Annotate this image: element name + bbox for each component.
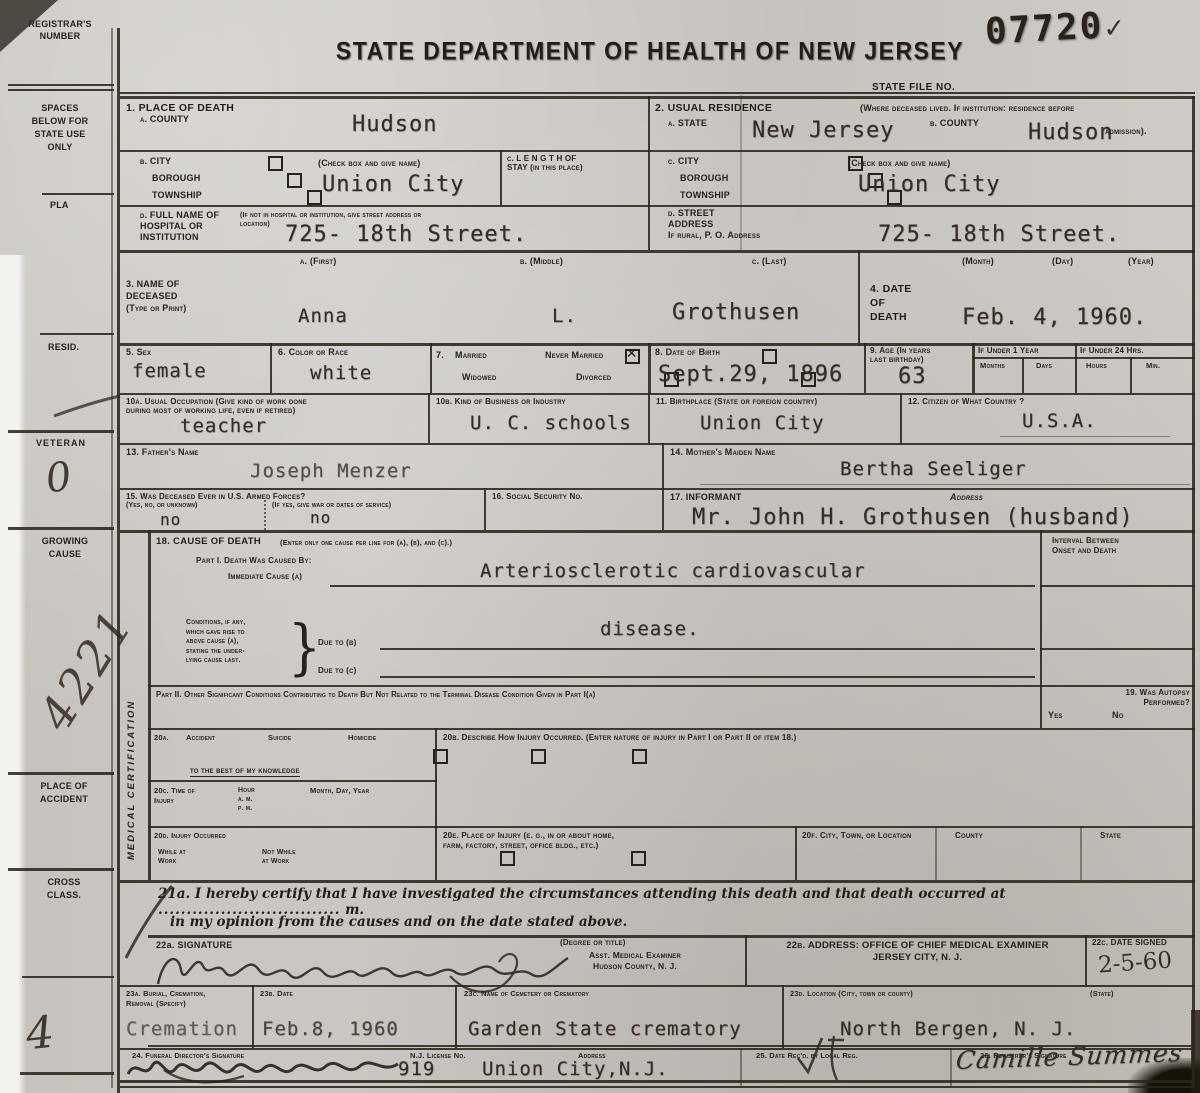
veteran-handwritten-value: 0 [43,453,75,502]
sex-label: 5. Sex [126,347,151,357]
sidebar-cross-class-label: CROSS CLASS. [34,876,94,902]
armed-forces-value1: no [160,510,181,529]
conditions-note: Conditions, if any, which gave rise to a… [186,618,245,666]
part1-label: Part I. Death Was Caused By: [196,556,312,565]
suicide-label: Suicide [268,733,291,742]
armed-forces-value2: no [310,508,331,527]
s20c-hour-label: Hour a. m. p. m. [238,786,255,813]
cause-b-value: disease. [600,618,700,640]
s20d-while-label: While at Work [158,848,186,866]
cause-a-value: Arteriosclerotic cardiovascular [480,560,866,582]
ssn-label: 16. Social Security No. [492,492,583,501]
crematory-name-value: Garden State crematory [468,1018,742,1040]
s20c-label: 20c. Time of Injury [154,786,195,806]
degree-or-title-note: (Degree or title) [560,938,626,947]
dob-label: 8. Date of Birth [655,347,720,357]
date-of-death-label: 4. DATE OF DEATH [870,282,912,324]
s1-township-checkbox[interactable] [307,190,322,205]
married-label: Married [455,350,487,360]
examiner-degree: Asst. Medical Examiner Hudson County, N.… [540,950,730,972]
not-while-at-work-checkbox[interactable] [631,851,646,866]
sidebar-resid-label: RESID. [48,342,79,352]
homicide-label: Homicide [348,733,376,742]
s1-borough-label: BOROUGH [152,173,200,183]
s20e-label: 20e. Place of Injury (e. g., in or about… [443,831,614,851]
s1-fullname-label: d. FULL NAME OF HOSPITAL OR INSTITUTION [140,210,219,243]
s1-address-value: 725- 18th Street. [285,222,527,247]
s1-length-of-stay-label: c. L E N G T H OF STAY (in this place) [507,154,637,172]
armed-forces-label: 15. Was Deceased Ever in U.S. Armed Forc… [126,492,305,501]
location-state-label: (State) [1090,989,1114,998]
mother-maiden-name-label: 14. Mother's Maiden Name [670,447,775,457]
accident-label: Accident [186,733,215,742]
certification-line2: in my opinion from the causes and on the… [170,914,627,930]
date-signed-label: 22c. DATE SIGNED [1092,938,1167,947]
s2-township-label: TOWNSHIP [680,190,730,200]
cause-of-death-label: 18. CAUSE OF DEATH [156,536,261,547]
informant-label: 17. INFORMANT [670,492,742,502]
date-signed-value: 2-5-60 [1097,947,1173,978]
mother-maiden-name-value: Bertha Seeliger [840,458,1027,480]
informant-address-label: Address [950,492,983,502]
s4-day-label: (Day) [1052,256,1073,266]
s1-township-label: TOWNSHIP [152,190,202,200]
occupation-label: 10a. Usual Occupation (Give kind of work… [126,397,307,415]
days-label: Days [1036,361,1052,370]
sidebar-spaces-label: SPACES BELOW FOR STATE USE ONLY [8,102,112,154]
s2-check-note: (Check box and give name) [848,158,951,168]
name-of-deceased-label: 3. NAME OF DECEASED (Type or Print) [126,278,187,314]
s2-state-value: New Jersey [752,118,894,143]
divorced-label: Divorced [576,372,611,382]
suicide-checkbox[interactable] [531,749,546,764]
place-of-death-county-value: Hudson [352,112,437,137]
autopsy-no-label: No [1112,710,1124,720]
s3-last-value: Grothusen [672,300,800,325]
death-certificate-scan: REGISTRAR'S NUMBER SPACES BELOW FOR STAT… [0,0,1200,1093]
s2-state-label: a. STATE [668,118,707,128]
birthplace-label: 11. Birthplace (State or foreign country… [656,397,817,406]
s3-first-label: a. (First) [300,256,337,266]
industry-label: 10b. Kind of Business or Industry [436,397,566,406]
stamp-number: 07720 [984,6,1104,53]
s3-last-label: c. (Last) [752,256,787,266]
age-value: 63 [898,364,927,389]
s2-city-label: c. CITY [668,156,699,166]
date-received-mark [790,1026,860,1086]
while-at-work-checkbox[interactable] [500,851,515,866]
occupation-value: teacher [180,415,267,437]
informant-value: Mr. John H. Grothusen (husband) [692,505,1134,530]
hours-label: Hours [1086,361,1107,370]
marital-item-number: 7. [436,350,444,360]
accident-checkbox[interactable] [433,749,448,764]
s20f-city-label: 20f. City, Town, or Location [802,831,912,840]
license-no-value: 919 [398,1058,435,1080]
registrar-number-label: REGISTRAR'S NUMBER [10,18,110,42]
under-1-year-label: If Under 1 Year [978,346,1039,355]
autopsy-yes-label: Yes [1048,710,1063,720]
s2-county-value: Hudson [1028,120,1113,145]
due-to-c-label: Due to (c) [318,666,356,675]
s20c-mdy-label: Month, Day, Year [310,786,369,795]
s1-borough-checkbox[interactable] [287,173,302,188]
months-label: Months [980,361,1005,370]
burial-cremation-label: 23a. Burial, Cremation, Removal (Specify… [126,989,205,1009]
state-file-stamp: 07720✓ [984,4,1126,52]
s20a-note: to the best of my knowledge [190,766,300,777]
usual-residence-title: 2. USUAL RESIDENCE [655,102,772,114]
sidebar-bottom-mark: 4 [23,1007,56,1061]
age-label: 9. Age (In years last birthday) [870,346,931,364]
date-of-death-value: Feb. 4, 1960. [962,305,1147,330]
burial-type-value: Cremation [126,1018,238,1040]
race-label: 6. Color or Race [278,347,348,357]
s23b-date-label: 23b. Date [260,989,293,998]
s20a-number: 20a. [154,733,169,742]
location-value: North Bergen, N. J. [840,1018,1076,1040]
medical-certification-label: MEDICAL CERTIFICATION [126,560,137,860]
place-of-death-title: 1. PLACE OF DEATH [126,102,234,114]
s2-street-value: 725- 18th Street. [878,222,1120,247]
s20d-not-while-label: Not While at Work [262,848,296,866]
s1-city-label: b. CITY [140,156,171,166]
citizen-label: 12. Citizen of What Country ? [908,397,1024,406]
armed-forces-note2: (If yes, give war or dates of service) [272,502,391,509]
s3-middle-label: b. (Middle) [520,256,563,266]
s2-borough-label: BOROUGH [680,173,728,183]
s20b-label: 20b. Describe How Injury Occurred. (Ente… [443,733,1183,742]
s3-middle-value: L. [552,305,577,327]
s4-year-label: (Year) [1128,256,1154,266]
s2-note: (Where deceased lived. If institution: r… [860,103,1075,113]
s1-city-checkbox[interactable] [268,156,283,171]
conditions-brace: } [288,614,321,683]
stamp-checkmark: ✓ [1103,12,1126,43]
industry-value: U. C. schools [470,412,632,434]
s2-street-label: d. STREET ADDRESS If rural, P. O. Addres… [668,208,760,241]
crematory-name-label: 23c. Name of Cemetery or Crematory [464,989,589,998]
s2-county-label: b. COUNTY [930,118,979,128]
funeral-address-value: Union City,N.J. [482,1058,669,1080]
widowed-label: Widowed [462,372,497,382]
sidebar-growing-cause-label: GROWING CAUSE [30,535,100,561]
s3-first-value: Anna [298,305,348,327]
sidebar-veteran-label: VETERAN [36,438,86,448]
interval-label: Interval Between Onset and Death [1052,536,1192,556]
under-24-hrs-label: If Under 24 Hrs. [1080,346,1144,355]
immediate-cause-label: Immediate Cause (a) [228,572,302,581]
father-name-label: 13. Father's Name [126,447,199,457]
s4-month-label: (Month) [962,256,994,266]
s20f-county-label: County [955,831,983,840]
location-label: 23d. Location (City, town or county) [790,989,913,998]
autopsy-label: 19. Was Autopsy Performed? [1078,688,1190,708]
s20d-label: 20d. Injury Occurred [154,831,226,840]
s1-city-value: Union City [322,172,464,197]
due-to-b-label: Due to (b) [318,638,356,647]
s20f-state-label: State [1100,831,1121,840]
armed-forces-note1: (Yes, no, or unknown) [126,502,198,509]
race-value: white [310,362,372,384]
cause-of-death-note: (Enter only one cause per line for (a), … [280,538,452,547]
s2-city-value: Union City [858,172,1000,197]
never-married-label: Never Married [545,350,603,360]
father-name-value: Joseph Menzer [250,460,412,482]
sex-value: female [132,360,207,382]
burial-date-value: Feb.8, 1960 [262,1018,399,1040]
sidebar-pla-label: PLA [50,200,69,210]
citizen-value: U.S.A. [1022,410,1097,432]
sidebar-place-of-accident-label: PLACE OF ACCIDENT [26,780,102,806]
homicide-checkbox[interactable] [632,749,647,764]
married-checkbox[interactable]: ✕ [625,349,640,364]
s1-check-note: (Check box and give name) [318,158,421,168]
dob-value: Sept.29, 1896 [658,362,843,387]
birthplace-value: Union City [700,412,824,434]
place-of-death-county-label: a. COUNTY [140,114,189,124]
part2-label: Part II. Other Significant Conditions Co… [156,690,1036,699]
min-label: Min. [1146,361,1160,370]
chief-examiner-address-label: 22b. ADDRESS: OFFICE OF CHIEF MEDICAL EX… [755,940,1080,964]
